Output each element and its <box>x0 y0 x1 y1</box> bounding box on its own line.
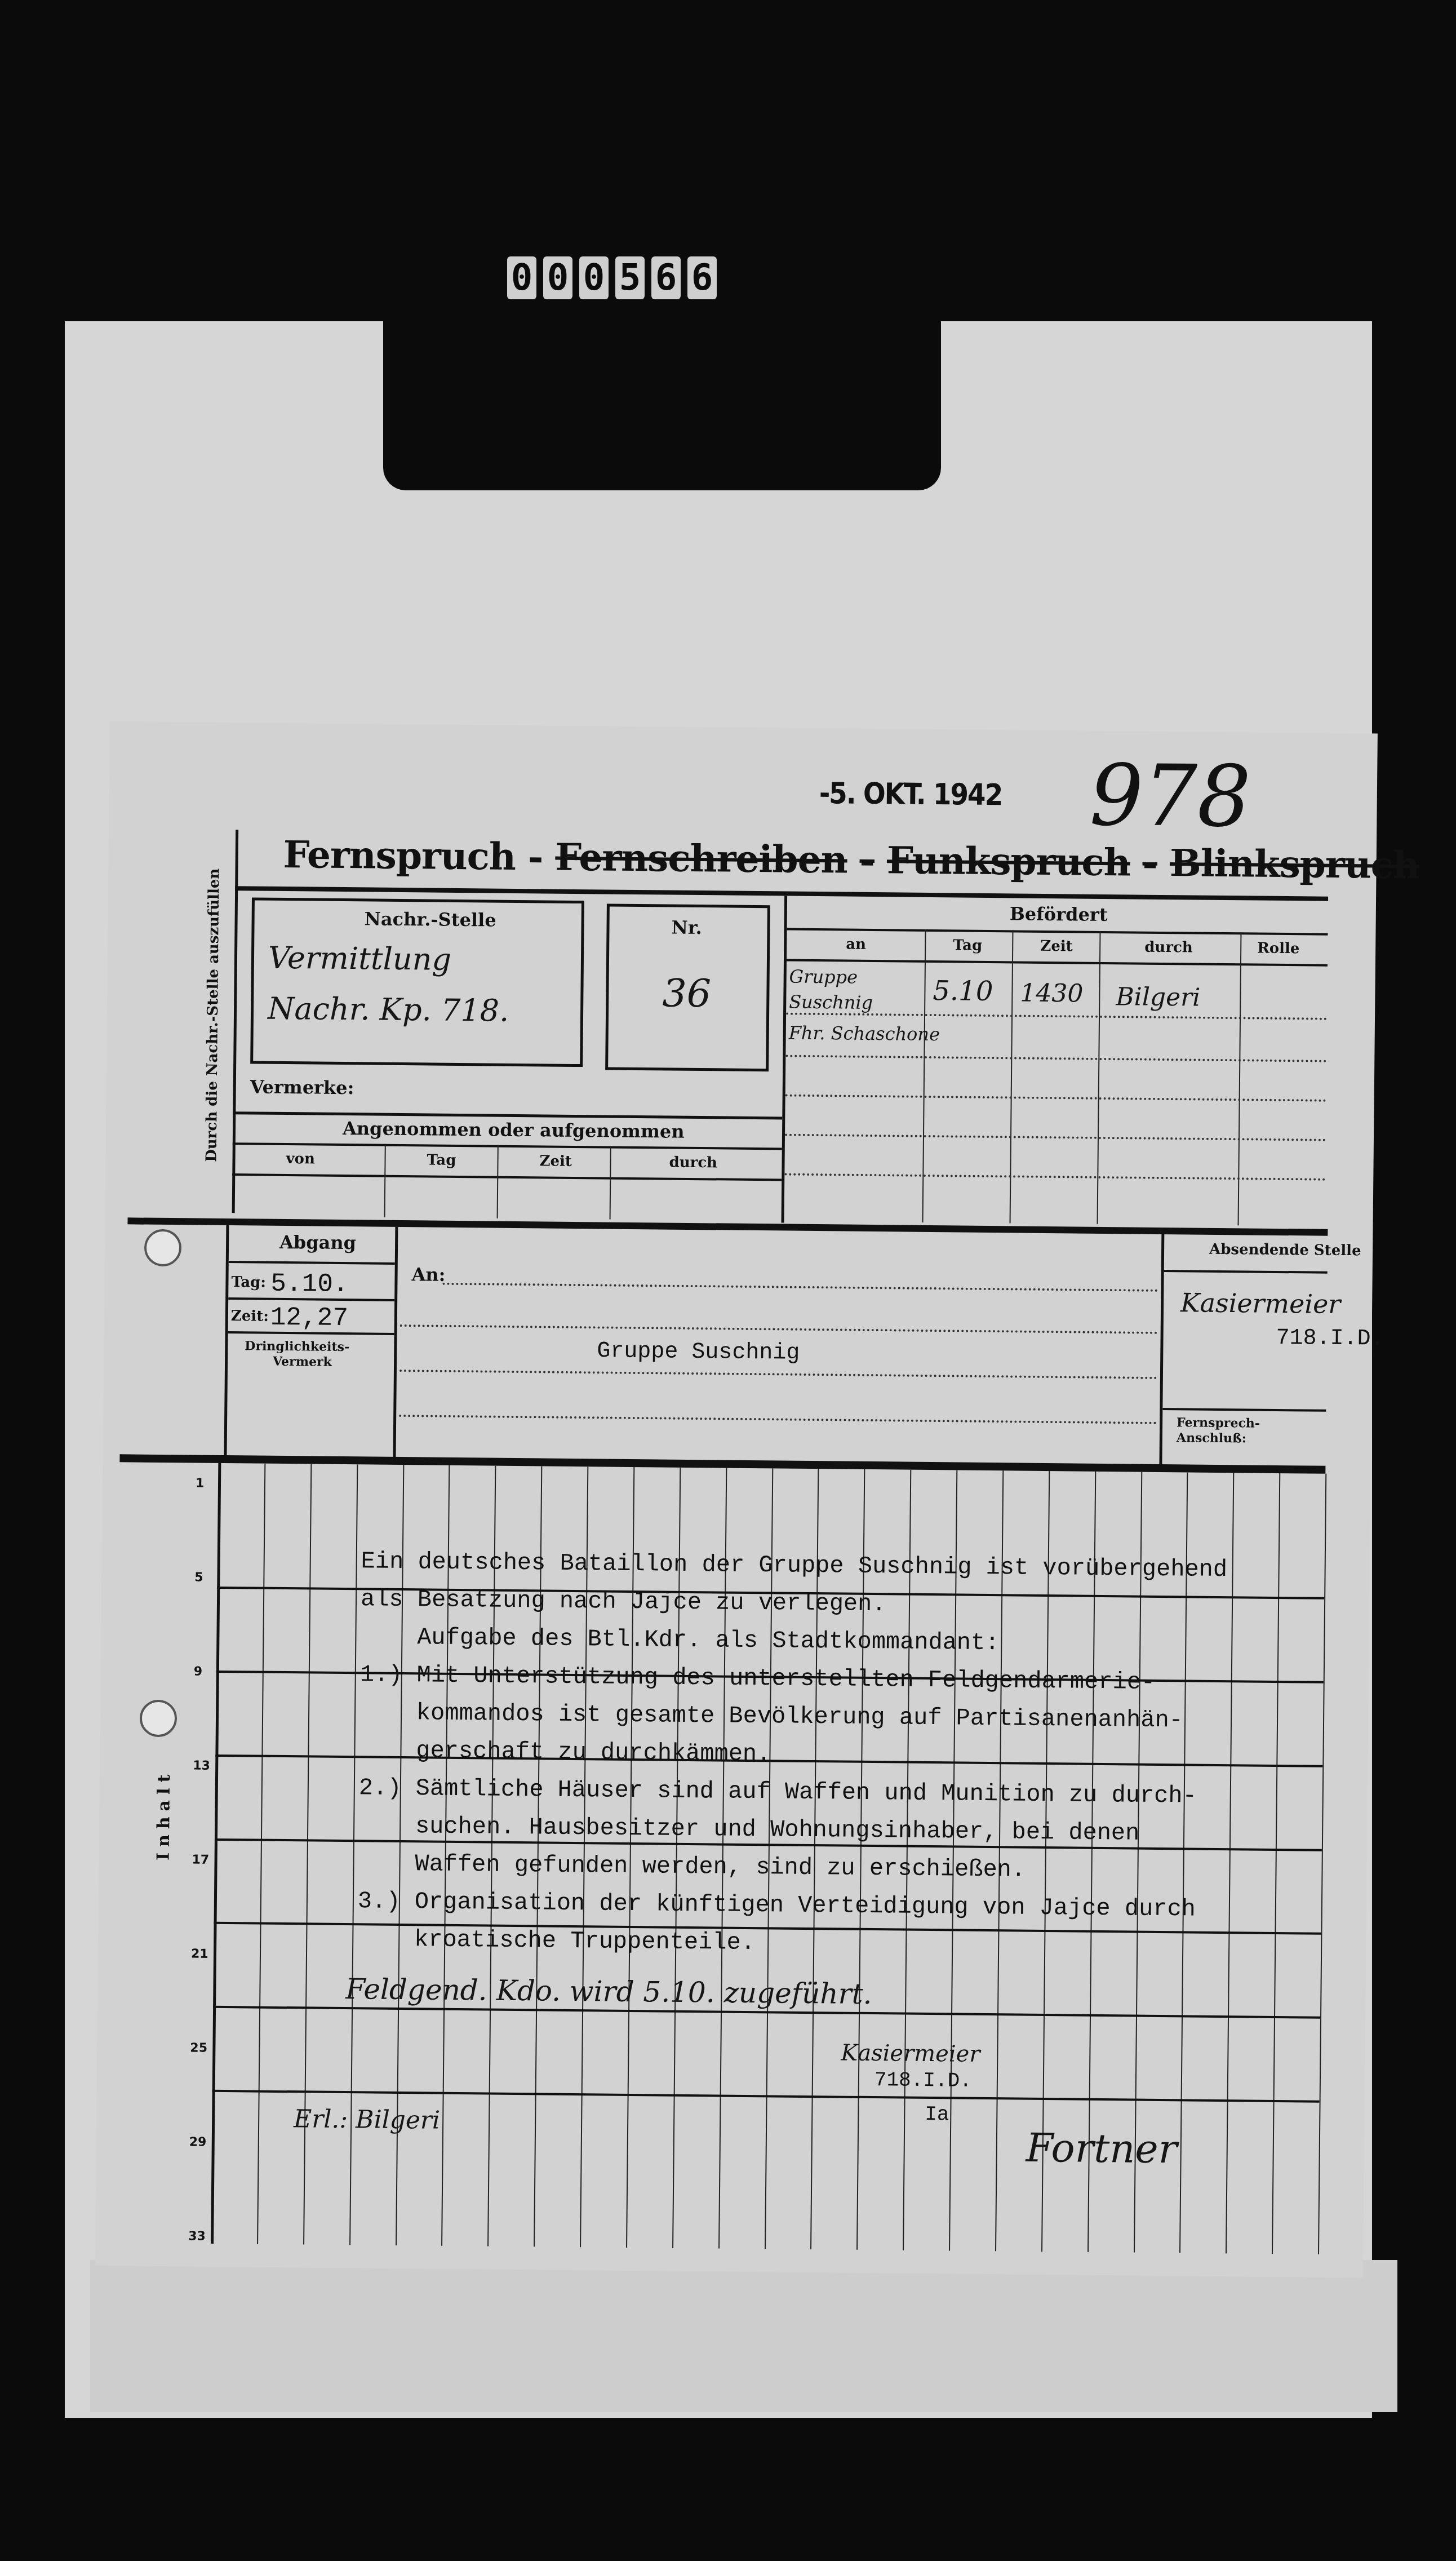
frame-counter-digit: 5 <box>615 256 645 299</box>
row-number: 17 <box>192 1854 210 1866</box>
frame-counter-digit: 6 <box>687 256 717 299</box>
document-number: 978 <box>1089 754 1251 840</box>
row-number: 25 <box>190 2042 207 2054</box>
abgang-tag-value: 5.10. <box>270 1271 348 1297</box>
abgang-zeit-value: 12,27 <box>270 1305 348 1331</box>
message-line: kroatische Truppenteile. <box>357 1927 755 1955</box>
abgang-tag-label: Tag: <box>231 1275 266 1290</box>
befoerdert-col-zeit: Zeit <box>1040 939 1073 954</box>
date-stamp: -5. OKT. 1942 <box>819 779 1002 810</box>
angenommen-title: Angenommen oder aufgenommen <box>343 1119 685 1141</box>
abgang-title: Abgang <box>279 1233 356 1252</box>
nachr-stelle-label: Nachr.-Stelle <box>365 910 496 929</box>
form-type-fernschreiben: Fernschreiben <box>555 835 847 882</box>
frame-counter: 000566 <box>507 256 717 299</box>
angenommen-col-von: von <box>286 1151 315 1166</box>
frame-counter-digit: 6 <box>651 256 681 299</box>
signature-unit: 718.I.D. <box>875 2070 972 2092</box>
angenommen-col-durch: durch <box>669 1155 717 1171</box>
row-number: 13 <box>193 1760 210 1772</box>
row-number: 5 <box>194 1572 203 1584</box>
signature-dept: Ia <box>925 2104 949 2125</box>
frame-counter-digit: 0 <box>543 256 572 299</box>
absendende-stelle-label: Absendende Stelle <box>1209 1242 1361 1259</box>
dringlichkeit-label-2: Vermerk <box>273 1355 332 1368</box>
frame-counter-digit: 0 <box>579 256 609 299</box>
row-number: 1 <box>196 1478 205 1490</box>
signature: Fortner <box>1026 2128 1177 2169</box>
erl-note: Erl.: Bilgeri <box>294 2107 440 2133</box>
form-type-funkspruch: Funkspruch <box>887 838 1130 884</box>
message-line: suchen. Hausbesitzer und Wohnungsinhaber… <box>358 1814 1140 1845</box>
message-line: gerschaft zu durchkämmen. <box>359 1738 771 1766</box>
an-value: Gruppe Suschnig <box>597 1340 800 1364</box>
fernsprech-label-1: Fernsprech- <box>1177 1416 1260 1429</box>
nachr-stelle-value-2: Nachr. Kp. 718. <box>268 994 509 1026</box>
befoerdert-col-durch: durch <box>1144 940 1193 955</box>
befoerdert-col-rolle: Rolle <box>1257 941 1299 956</box>
message-line: Aufgabe des Btl.Kdr. als Stadtkommandant… <box>360 1625 1000 1655</box>
punch-hole <box>144 1229 182 1267</box>
befoerdert-an-1: Gruppe <box>789 968 858 986</box>
message-line: als Besatzung nach Jajce zu verlegen. <box>361 1587 886 1616</box>
befoerdert-an-3: Fhr. Schaschone <box>789 1024 940 1044</box>
row-number: 9 <box>194 1666 203 1678</box>
handwritten-note: Feldgend. Kdo. wird 5.10. zugeführt. <box>345 1975 872 2008</box>
side-label: Durch die Nachr.-Stelle auszufüllen <box>205 869 222 1162</box>
dringlichkeit-label-1: Dringlichkeits- <box>245 1340 349 1353</box>
row-number: 29 <box>189 2136 207 2148</box>
fernsprech-label-2: Anschluß: <box>1177 1432 1246 1445</box>
punch-hole <box>140 1700 177 1738</box>
row-number: 33 <box>188 2230 206 2243</box>
befoerdert-zeit: 1430 <box>1020 981 1083 1007</box>
message-form: -5. OKT. 1942 978 Fernspruch - Fernschre… <box>95 721 1378 2278</box>
an-label: An: <box>411 1265 445 1284</box>
befoerdert-title: Befördert <box>1010 905 1108 924</box>
abgang-zeit-label: Zeit: <box>231 1309 269 1324</box>
folder-bottom <box>90 2260 1397 2412</box>
befoerdert-col-tag: Tag <box>953 938 982 952</box>
nachr-stelle-value-1: Vermittlung <box>268 943 452 975</box>
befoerdert-durch: Bilgeri <box>1116 985 1200 1010</box>
row-number: 21 <box>191 1948 208 1960</box>
message-line: Waffen gefunden werden, sind zu erschieß… <box>358 1851 1026 1881</box>
befoerdert-tag: 5.10 <box>933 977 993 1005</box>
signature-unit-hand: Kasiermeier <box>841 2042 980 2066</box>
absendende-stelle-hand: Kasiermeier <box>1180 1290 1341 1317</box>
nr-value: 36 <box>662 974 711 1013</box>
angenommen-col-tag: Tag <box>427 1153 456 1167</box>
angenommen-col-zeit: Zeit <box>539 1154 572 1169</box>
folder-clip <box>383 321 941 490</box>
inhalt-label: Inhalt <box>156 1769 174 1861</box>
form-type-blinkspruch: Blinkspruch <box>1170 841 1420 887</box>
nr-label: Nr. <box>671 919 702 937</box>
absendende-stelle-unit: 718.I.D. <box>1276 1327 1384 1351</box>
frame-counter-digit: 0 <box>507 256 536 299</box>
form-title: Fernspruch - Fernschreiben - Funkspruch … <box>283 836 1419 884</box>
form-type-fernspruch: Fernspruch <box>283 832 516 879</box>
vermerke-label: Vermerke: <box>250 1078 354 1097</box>
befoerdert-an-2: Suschnig <box>789 993 873 1012</box>
befoerdert-col-an: an <box>846 937 866 952</box>
